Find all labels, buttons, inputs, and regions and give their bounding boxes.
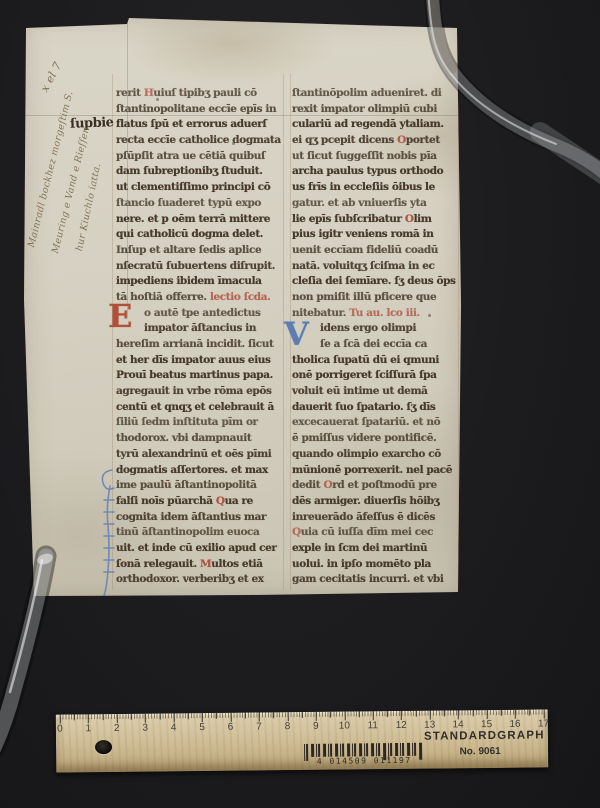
text-line: qui catholicū dogma delet. [116,227,286,243]
ruler-number: 6 [220,722,240,733]
barcode-bar [335,744,338,757]
barcode-bar [371,743,374,756]
half-cm-tick [216,713,217,719]
text-line: pſūpſit atra ue cētiā quibuſ [116,149,286,165]
ruler-brand: STANDARDGRAPH [424,730,536,743]
half-cm-tick [188,713,189,719]
text-line: ſe a ſcā dei eccīa ca [292,337,462,353]
text-line: idens ergo olimpi [292,321,462,337]
cm-tick [174,713,175,722]
barcode-bar [414,743,416,756]
ruler-number: 15 [477,719,497,730]
text-line: Quia cū iuſſa dīm mei cec [292,525,462,541]
text-line: exple in ſcm dei martinū [292,541,462,557]
text-line: ſonā relegauit. Multos etiā [116,557,286,573]
ruler-barcode: 4 014509 011197 [298,743,430,768]
barcode-bar [342,744,344,757]
cm-tick [202,713,203,722]
text-line: archa paulus typus orthodo [292,164,462,180]
text-line: onē porrigeret ſciſſurā ſpa [292,368,462,384]
half-cm-tick [273,712,274,718]
text-line: hereſim arrianā incidit. ſicut [116,337,286,353]
text-line: mūnionē porrexerit. nel pacē [292,463,462,479]
ruler-hole [95,740,112,754]
text-line: ſiliū ſedm inſtituta pīm or [116,415,286,431]
text-line: ut ſicut ſuggeſſit nobis pīa [292,149,462,165]
barcode-bar [364,743,365,756]
text-line: us frīs in eccleſiis ōibus le [292,180,462,196]
text-line: rerit Huiuſ tipibʒ pauli cō [116,86,286,102]
text-line: o autē tpe antedictus [116,306,286,322]
cm-tick [60,715,61,724]
ruler-number: 9 [306,721,326,732]
barcode-bar [359,743,362,756]
cm-tick [430,711,431,720]
text-line: culariū ad regendā ytaliam. [292,117,462,133]
ruler-number: 1 [78,723,98,734]
half-cm-tick [444,711,445,717]
half-cm-tick [102,714,103,720]
text-line: et her dīs impator auus eius [116,353,286,369]
ruler-number: 14 [448,719,468,730]
cm-tick [287,712,288,721]
ruler: 01234567891011121314151617 4 014509 0111… [56,709,549,772]
text-line: ſtantinōpolim adueniret. di [292,86,462,102]
text-line: falſi noīs pūarchā Qua re [116,494,286,510]
text-line: tinū āſtantinopolim euoca [116,525,286,541]
ruler-number: 11 [363,720,383,731]
blue-penwork-flourish [94,466,124,606]
barcode-bar [407,743,410,756]
cm-tick [373,711,374,720]
ruler-model: No. 9061 [424,746,536,758]
cm-tick [344,712,345,721]
ruler-number: 3 [135,723,155,734]
text-line: uit. et inde cū exilio apud cer [116,541,286,557]
ruler-number: 4 [164,722,184,733]
text-line: nitebatur. Tu au. lco iii. [292,306,462,322]
cm-tick [515,710,516,719]
cm-tick [486,710,487,719]
cm-tick [88,714,89,723]
ruler-number: 0 [50,723,70,734]
half-cm-tick [131,714,132,720]
barcode-bar [352,743,353,756]
cm-tick [401,711,402,720]
ruler-number: 16 [505,719,525,730]
half-cm-tick [387,711,388,717]
text-line: Inſup et altare ſedis aplice [116,243,286,259]
barcode-bar [378,743,380,756]
half-cm-tick [501,710,502,716]
text-line: tholica ſupatū dū ei qmuni [292,353,462,369]
text-line: nſecratū ſubuertens diſrupit. [116,259,286,275]
half-cm-tick [302,712,303,718]
text-line: voluit eū intime ut demā [292,384,462,400]
cm-tick [458,710,459,719]
text-line: flatus ſpū et errorus aduerſ [116,117,286,133]
ruler-number: 12 [391,720,411,731]
text-line: ſtancio ſuaderet typū expo [116,196,286,212]
cm-tick [145,714,146,723]
half-cm-tick [74,714,75,720]
barcode-bar [323,744,326,757]
text-line: quando olimpio exarcho cō [292,447,462,463]
text-line: orthodoxor. verberibʒ et ex [116,572,286,588]
ruler-number: 7 [249,721,269,732]
text-line: tā hoſtiā offerre. lectio ſcda. [116,290,286,306]
barcode-bars [304,743,424,757]
ruler-number: 2 [107,723,127,734]
cm-tick [230,713,231,722]
margin-corner-marks: x el 7 [38,60,65,94]
cm-tick [259,712,260,721]
text-line: tyrū alexandrinū et oēs pīmi [116,447,286,463]
ruler-number: 13 [420,720,440,731]
barcode-bar [412,743,413,756]
barcode-bar [366,743,368,756]
barcode-bar [340,744,341,757]
ruler-number: 10 [334,720,354,731]
barcode-bar [376,743,377,756]
half-cm-tick [358,711,359,717]
barcode-bar [347,743,350,756]
barcode-bar [316,744,317,757]
barcode-digits: 4 014509 011197 [298,756,430,766]
barcode-bar [330,744,332,757]
text-line: rexit impator olimpiū cubi [292,102,462,118]
text-line: dam ſubreptionibʒ ſtuduit. [116,164,286,180]
ruler-number: 5 [192,722,212,733]
barcode-bar [354,743,356,756]
text-line: gatur. et ab vniuerſis yta [292,196,462,212]
text-line: natā. voluitqʒ ſciſma in ec [292,259,462,275]
barcode-bar [400,743,401,756]
half-cm-tick [330,712,331,718]
barcode-bar [390,743,392,756]
text-column-right: V ſtantinōpolim adueniret. direxit impat… [292,86,462,588]
text-line: dēs armiger. diuerſis hōibʒ [292,494,462,510]
barcode-bar [328,744,329,757]
text-line: dauerit ſuo ſpatario. ſʒ dīs [292,400,462,416]
text-line: pius igitr veniens romā in [292,227,462,243]
ruler-number: 8 [277,721,297,732]
text-line: cognita idem āſtantius mar [116,510,286,526]
text-line: ei qʒ pcepit dicens Oportet [292,133,462,149]
text-line: dedit Ord et poſtmodū pre [292,478,462,494]
text-line: agregauit in vrbe rōma epōs [116,384,286,400]
barcode-bar [395,743,398,756]
text-line: uenit eccīam fideliū coadū [292,243,462,259]
text-line: inreuerādo āfeſſus ē dicēs [292,510,462,526]
text-line: ſtantinopolitane eccīe epīs in [116,102,286,118]
barcode-bar [311,744,314,757]
text-line: ē pmiſſus videre pontificē. [292,431,462,447]
text-line: cleſia dei ſemīare. ſʒ deus ōps [292,274,462,290]
half-cm-tick [159,713,160,719]
half-cm-tick [529,710,530,716]
half-cm-tick [472,710,473,716]
ruler-number: 17 [533,718,553,729]
text-line: centū et qnqʒ et celebrauit ā [116,400,286,416]
text-line: non pmiſit illū pficere que [292,290,462,306]
text-line: lie epīs ſubſcribatur Olim [292,212,462,228]
text-line: gam cecitatis incurri. et vbi [292,572,462,588]
text-line: dogmatis aſſertores. et max [116,463,286,479]
text-line: impediens ibidem īmacula [116,274,286,290]
text-line: ime paulū āſtantinopolitā [116,478,286,494]
text-line: nere. et p oēm terrā mittere [116,212,286,228]
margin-cursive-note: Mainradl bockhez morgeſtim S. [26,90,76,249]
cm-tick [543,709,544,718]
text-line: Prouī beatus martinus papa. [116,368,286,384]
text-line: thodorox. vbi dampnauit [116,431,286,447]
cm-tick [117,714,118,723]
manuscript-page: ſupbie x el 7 Mainradl bockhez morgeſtim… [20,14,464,600]
cm-tick [316,712,317,721]
text-line: excecauerat ſpatariū. et nō [292,415,462,431]
photo-of-manuscript: { "scene": { "background_color": "#1c1c1… [0,0,600,808]
text-line: impator āſtancius in [116,321,286,337]
barcode-bar [402,743,404,756]
half-cm-tick [415,711,416,717]
text-column-left: E rerit Huiuſ tipibʒ pauli cōſtantinopol… [116,86,286,588]
half-cm-tick [245,713,246,719]
text-line: ut clementiſſimo principi cō [116,180,286,196]
barcode-bar [318,744,320,757]
text-line: uolui. in ipſo momēto pla [292,557,462,573]
text-line: recta eccīe catholice dogmata [116,133,286,149]
